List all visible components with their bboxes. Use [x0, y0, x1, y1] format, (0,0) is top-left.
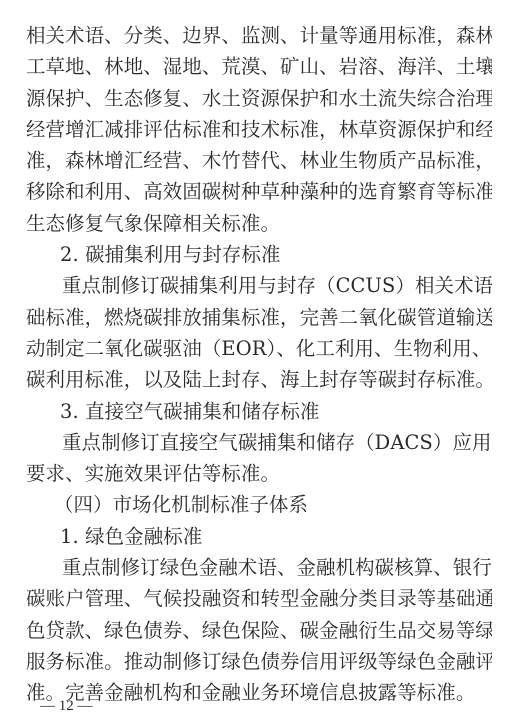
- paragraph-line: 服务标准。推动制修订绿色债券信用评级等绿色金融评价评估标: [26, 646, 492, 677]
- paragraph-line: 重点制修订直接空气碳捕集和储存（DACS）应用条件、技术: [26, 427, 492, 458]
- paragraph-line: 准。完善金融机构和金融业务环境信息披露等标准。: [26, 677, 492, 708]
- section-heading-dacs: 3. 直接空气碳捕集和储存标准: [26, 396, 492, 427]
- paragraph-line: 工草地、林地、湿地、荒漠、矿山、岩溶、海洋、土壤、冻土等资: [26, 51, 492, 82]
- paragraph-line: 移除和利用、高效固碳树种草种藻种的选育繁育等标准。研究制定: [26, 176, 492, 207]
- page-number: — 12 —: [40, 698, 93, 715]
- paragraph-line: 源保护、生态修复、水土资源保护和水土流失综合治理、固碳增汇、: [26, 83, 492, 114]
- paragraph-line: 动制定二氧化碳驱油（EOR）、化工利用、生物利用、燃料利用等: [26, 333, 492, 364]
- subsystem-heading-market-mechanism: （四）市场化机制标准子体系: [26, 489, 492, 520]
- paragraph-line: 要求、实施效果评估等标准。: [26, 458, 492, 489]
- paragraph-line: 生态修复气象保障相关标准。: [26, 208, 492, 239]
- paragraph-line: 重点制修订绿色金融术语、金融机构碳核算、银行企业和个人: [26, 552, 492, 583]
- paragraph-line: 色贷款、绿色债券、绿色保险、碳金融衍生品交易等绿色金融产品: [26, 615, 492, 646]
- section-heading-green-finance: 1. 绿色金融标准: [26, 521, 492, 552]
- paragraph-line: 重点制修订碳捕集利用与封存（CCUS）相关术语、评估等基: [26, 270, 492, 301]
- paragraph-line: 经营增汇减排评估标准和技术标准，林草资源保护和经营技术标: [26, 114, 492, 145]
- paragraph-line: 础标准，燃烧碳排放捕集标准，完善二氧化碳管道输送等标准。推: [26, 302, 492, 333]
- section-heading-ccus: 2. 碳捕集利用与封存标准: [26, 239, 492, 270]
- paragraph-line: 准，森林增汇经营、木竹替代、林业生物质产品标准，以及生物碳: [26, 145, 492, 176]
- paragraph-line: 相关术语、分类、边界、监测、计量等通用标准，森林、草原、人: [26, 20, 492, 51]
- paragraph-line: 碳账户管理、气候投融资和转型金融分类目录等基础通用标准，绿: [26, 583, 492, 614]
- paragraph-line: 碳利用标准，以及陆上封存、海上封存等碳封存标准。: [26, 364, 492, 395]
- document-page: 相关术语、分类、边界、监测、计量等通用标准，森林、草原、人 工草地、林地、湿地、…: [26, 20, 492, 709]
